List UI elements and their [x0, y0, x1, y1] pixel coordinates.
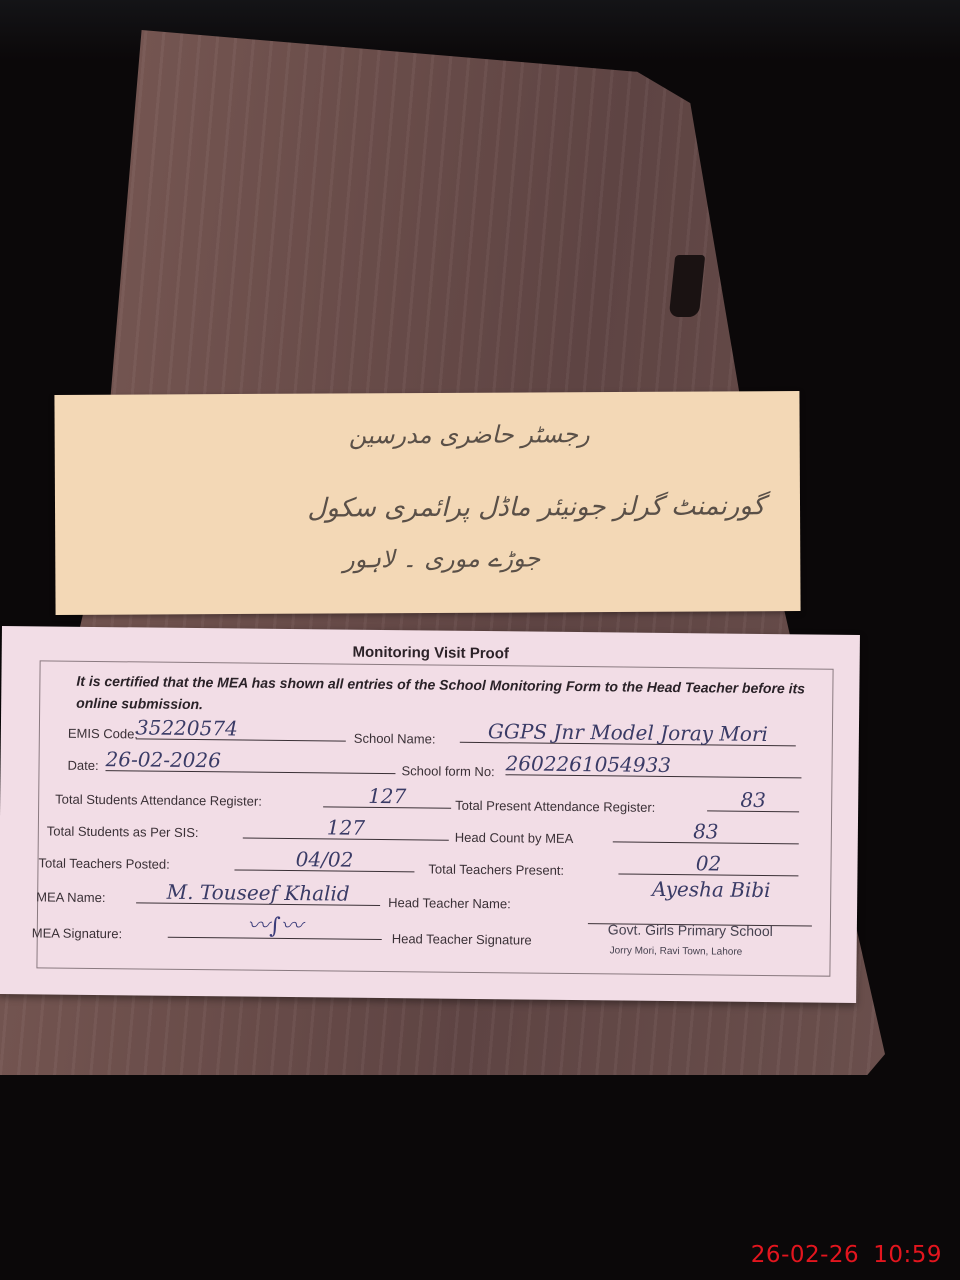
- row-date: Date: 26-02-2026 School form No: 2602261…: [67, 750, 827, 784]
- teachers-present-value: 02: [618, 851, 798, 876]
- row-attendance: Total Students Attendance Register: 127 …: [55, 784, 825, 818]
- mea-name-label: MEA Name:: [36, 889, 106, 905]
- teachers-posted-value: 04/02: [234, 847, 414, 872]
- head-teacher-name-value: Ayesha Bibi: [596, 877, 826, 901]
- head-teacher-name-label: Head Teacher Name:: [388, 895, 511, 911]
- school-name-label: School Name:: [354, 731, 436, 747]
- total-present-register-label: Total Present Attendance Register:: [455, 798, 655, 815]
- teachers-posted-label: Total Teachers Posted:: [38, 855, 169, 871]
- timestamp-time: 10:59: [873, 1242, 942, 1268]
- form-box: It is certified that the MEA has shown a…: [36, 660, 833, 976]
- school-stamp-line2: Jorry Mori, Ravi Town, Lahore: [610, 945, 743, 957]
- teachers-present-label: Total Teachers Present:: [428, 861, 564, 877]
- urdu-line-school: گورنمنٹ گرلز جونیئر ماڈل پرائمری سکول: [307, 491, 765, 523]
- timestamp-date: 26-02-26: [751, 1242, 859, 1268]
- total-students-register-label: Total Students Attendance Register:: [55, 792, 262, 809]
- date-label: Date:: [67, 758, 98, 773]
- mea-signature-label: MEA Signature:: [32, 925, 122, 941]
- row-sis: Total Students as Per SIS: 127 Head Coun…: [47, 815, 827, 849]
- date-value: 26-02-2026: [105, 748, 395, 774]
- row-names: MEA Name: M. Touseef Khalid Head Teacher…: [36, 881, 836, 915]
- total-students-sis-value: 127: [243, 816, 449, 841]
- certification-text: It is certified that the MEA has shown a…: [76, 670, 836, 722]
- total-present-register-value: 83: [707, 788, 799, 812]
- school-form-no-label: School form No:: [401, 763, 494, 779]
- head-count-label: Head Count by MEA: [455, 830, 574, 846]
- row-signatures: MEA Signature: 〰∫〰 Head Teacher Signatur…: [32, 917, 832, 951]
- camera-timestamp: 26-02-2610:59: [751, 1242, 942, 1268]
- total-students-register-value: 127: [323, 784, 451, 808]
- emis-code-value: 35220574: [136, 716, 346, 741]
- school-form-no-value: 2602261054933: [505, 752, 801, 778]
- emis-code-label: EMIS Code:: [68, 726, 138, 742]
- urdu-handwritten-label: رجسٹر حاضری مدرسین گورنمنٹ گرلز جونیئر م…: [54, 391, 800, 615]
- school-name-value: GGPS Jnr Model Joray Mori: [460, 720, 796, 747]
- total-students-sis-label: Total Students as Per SIS:: [47, 823, 199, 840]
- head-teacher-signature-label: Head Teacher Signature: [392, 931, 532, 947]
- urdu-line-title: رجسٹر حاضری مدرسین: [349, 420, 590, 449]
- mea-name-value: M. Touseef Khalid: [136, 880, 380, 906]
- school-stamp-line1: Govt. Girls Primary School: [608, 921, 773, 939]
- row-emis: EMIS Code: 35220574 School Name: GGPS Jn…: [68, 718, 828, 752]
- monitoring-visit-proof-card: Monitoring Visit Proof It is certified t…: [0, 626, 860, 1003]
- mea-signature: 〰∫〰: [168, 915, 382, 940]
- head-count-value: 83: [613, 819, 799, 844]
- urdu-line-location: جوڑے موری ۔ لاہور: [343, 544, 540, 573]
